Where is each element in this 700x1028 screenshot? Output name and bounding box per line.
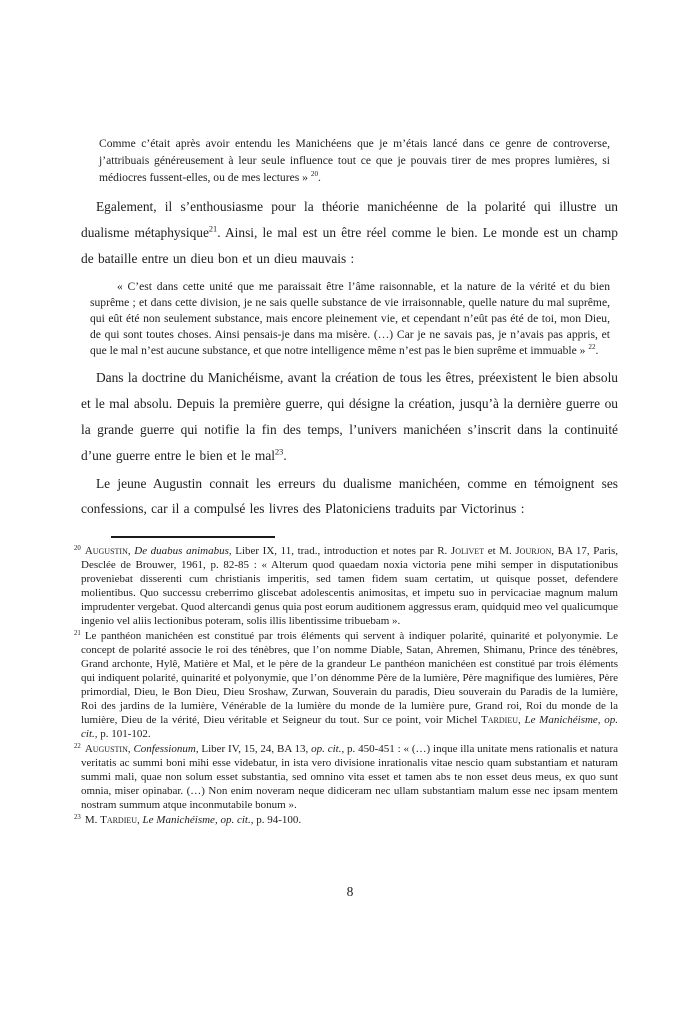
- footnote-23: 23M. Tardieu, Le Manichéisme, op. cit., …: [74, 813, 618, 827]
- footnote-21-text: Le panthéon manichéen est constitué par …: [81, 630, 618, 740]
- footnote-ref-23: 23: [74, 814, 81, 821]
- footnote-20: 20Augustin, De duabus animabus, Liber IX…: [74, 544, 618, 628]
- paragraph-augustin: Le jeune Augustin connait les erreurs du…: [81, 471, 618, 523]
- footnote-22: 22Augustin, Confessionum, Liber IV, 15, …: [74, 742, 618, 812]
- footnote-21: 21Le panthéon manichéen est constitué pa…: [74, 629, 618, 741]
- footnote-ref-21: 21: [74, 630, 81, 637]
- page-number: 8: [0, 884, 700, 900]
- opening-quote-paragraph: Comme c’était après avoir entendu les Ma…: [99, 135, 610, 186]
- page-content: Comme c’était après avoir entendu les Ma…: [81, 135, 618, 828]
- document-page: Comme c’était après avoir entendu les Ma…: [0, 0, 700, 1028]
- paragraph-dualisme: Egalement, il s’enthousiasme pour la thé…: [81, 194, 618, 271]
- paragraph-doctrine: Dans la doctrine du Manichéisme, avant l…: [81, 365, 618, 468]
- footnote-20-text: Augustin, De duabus animabus, Liber IX, …: [81, 545, 618, 627]
- footnote-separator: [111, 536, 275, 538]
- footnote-23-text: M. Tardieu, Le Manichéisme, op. cit., p.…: [85, 814, 301, 826]
- footnote-22-text: Augustin, Confessionum, Liber IV, 15, 24…: [81, 743, 618, 811]
- block-quote-paragraph: « C’est dans cette unité que me paraissa…: [90, 279, 610, 359]
- footnotes-section: 20Augustin, De duabus animabus, Liber IX…: [81, 544, 618, 827]
- footnote-ref-22: 22: [74, 743, 81, 750]
- footnote-ref-20: 20: [74, 545, 81, 552]
